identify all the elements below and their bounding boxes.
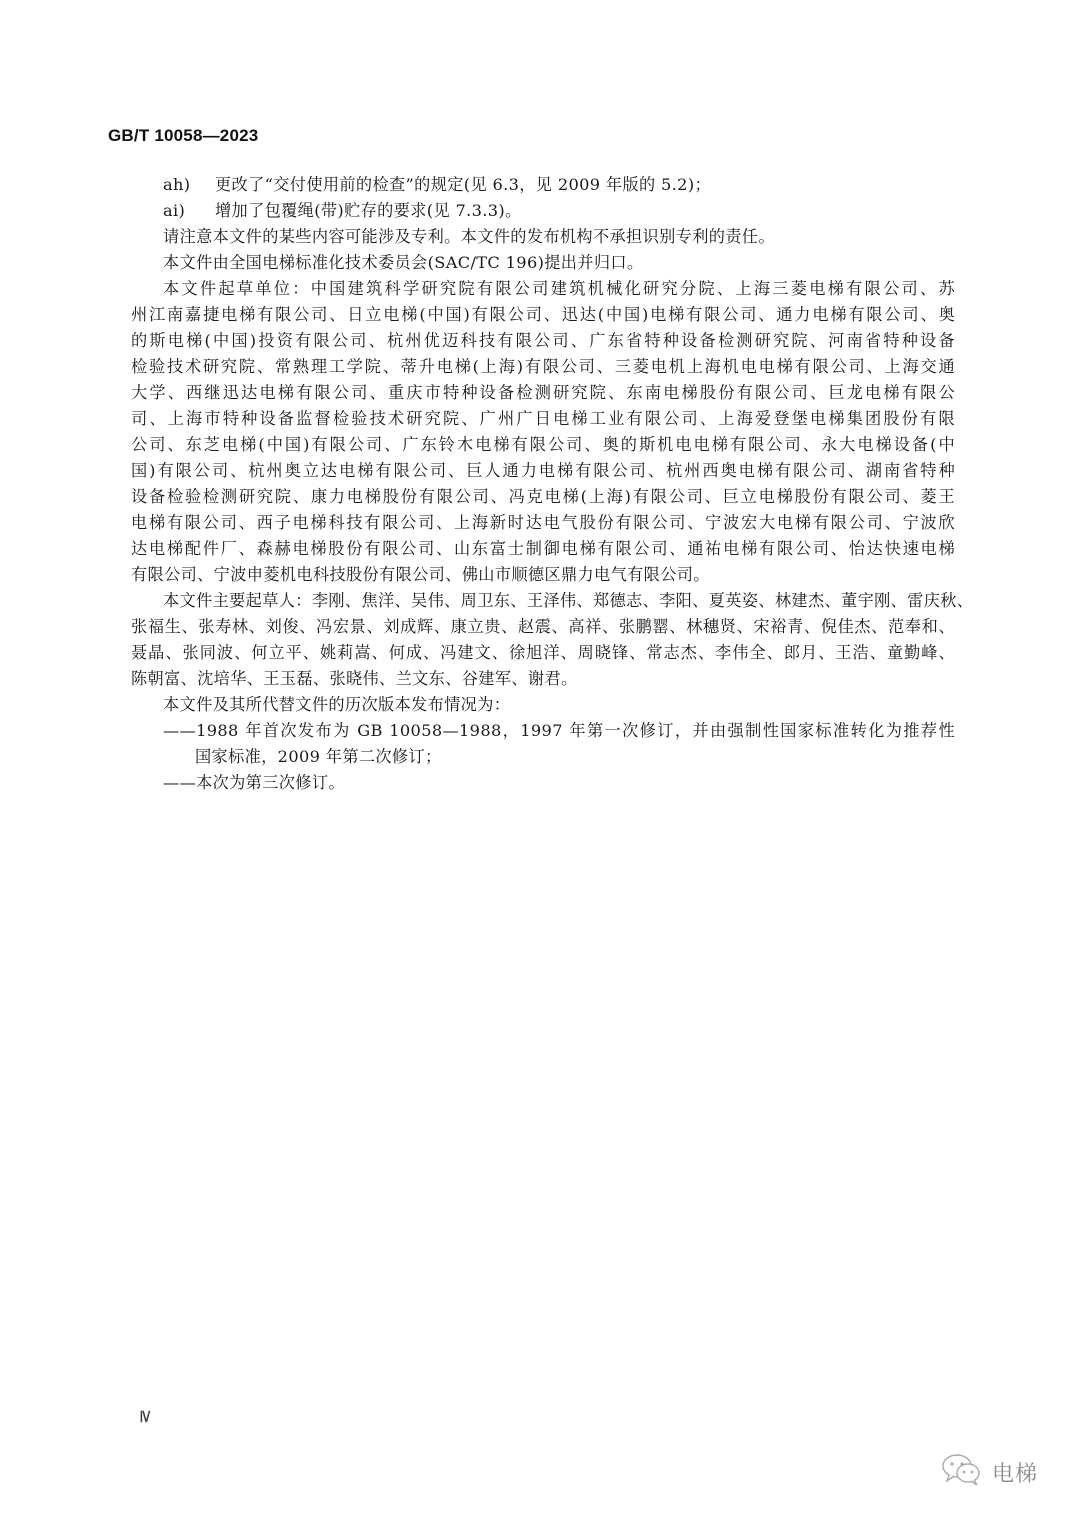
text-line: 的斯电梯(中国)投资有限公司、杭州优迈科技有限公司、广东省特种设备检测研究院、河… xyxy=(131,328,955,354)
text-line: 陈朝富、沈培华、王玉磊、张晓伟、兰文东、谷建军、谢君。 xyxy=(131,666,955,692)
drafters-paragraph: 本文件主要起草人：李刚、焦洋、吴伟、周卫东、王泽伟、郑德志、李阳、夏英姿、林建杰… xyxy=(131,588,955,692)
page-number: Ⅳ xyxy=(140,1408,150,1427)
proposer-statement: 本文件由全国电梯标准化技术委员会(SAC/TC 196)提出并归口。 xyxy=(131,250,955,276)
list-marker: ai) xyxy=(131,198,201,224)
text-line: 电梯有限公司、西子电梯科技有限公司、上海新时达电气股份有限公司、宁波宏大电梯有限… xyxy=(131,510,955,536)
text-line: 国家标准，2009 年第二次修订； xyxy=(131,744,955,770)
change-item-ai: ai) 增加了包覆绳(带)贮存的要求(见 7.3.3)。 xyxy=(131,198,955,224)
document-id: GB/T 10058—2023 xyxy=(108,126,258,146)
text-line: 设备检验检测研究院、康力电梯股份有限公司、冯克电梯(上海)有限公司、巨立电梯股份… xyxy=(131,484,955,510)
text-line: 达电梯配件厂、森赫电梯股份有限公司、山东富士制御电梯有限公司、通祐电梯有限公司、… xyxy=(131,536,955,562)
text-line: 大学、西继迅达电梯有限公司、重庆市特种设备检测研究院、东南电梯股份有限公司、巨龙… xyxy=(131,380,955,406)
drafting-units-paragraph: 本文件起草单位：中国建筑科学研究院有限公司建筑机械化研究分院、上海三菱电梯有限公… xyxy=(131,276,955,588)
text-line: 本文件起草单位：中国建筑科学研究院有限公司建筑机械化研究分院、上海三菱电梯有限公… xyxy=(131,276,955,302)
history-item-1: ——1988 年首次发布为 GB 10058—1988，1997 年第一次修订，… xyxy=(131,718,955,770)
text-line: 本文件主要起草人：李刚、焦洋、吴伟、周卫东、王泽伟、郑德志、李阳、夏英姿、林建杰… xyxy=(131,588,955,614)
watermark: 电梯 xyxy=(940,1453,1038,1491)
text-line: 检验技术研究院、常熟理工学院、蒂升电梯(上海)有限公司、三菱电机上海机电电梯有限… xyxy=(131,354,955,380)
history-intro: 本文件及其所代替文件的历次版本发布情况为： xyxy=(131,692,955,718)
wechat-icon xyxy=(940,1453,984,1491)
text-line: 张福生、张寿林、刘俊、冯宏景、刘成辉、康立贵、赵震、高祥、张鹏罂、林穗贤、宋裕青… xyxy=(131,614,955,640)
list-text: 增加了包覆绳(带)贮存的要求(见 7.3.3)。 xyxy=(201,198,522,224)
text-line: 国)有限公司、杭州奥立达电梯有限公司、巨人通力电梯有限公司、杭州西奥电梯有限公司… xyxy=(131,458,955,484)
text-line: 有限公司、宁波申菱机电科技股份有限公司、佛山市顺德区鼎力电气有限公司。 xyxy=(131,562,955,588)
history-item-2: ——本次为第三次修订。 xyxy=(131,770,955,796)
list-text: 更改了“交付使用前的检查”的规定(见 6.3，见 2009 年版的 5.2)； xyxy=(201,172,711,198)
text-line: ——1988 年首次发布为 GB 10058—1988，1997 年第一次修订，… xyxy=(131,718,955,744)
patent-notice: 请注意本文件的某些内容可能涉及专利。本文件的发布机构不承担识别专利的责任。 xyxy=(131,224,955,250)
list-marker: ah) xyxy=(131,172,201,198)
text-line: 公司、东芝电梯(中国)有限公司、广东铃木电梯有限公司、奥的斯机电电梯有限公司、永… xyxy=(131,432,955,458)
text-line: 州江南嘉捷电梯有限公司、日立电梯(中国)有限公司、迅达(中国)电梯有限公司、通力… xyxy=(131,302,955,328)
text-line: 聂晶、张同波、何立平、姚莉嵩、何成、冯建文、徐旭洋、周晓锋、常志杰、李伟全、郎月… xyxy=(131,640,955,666)
change-item-ah: ah) 更改了“交付使用前的检查”的规定(见 6.3，见 2009 年版的 5.… xyxy=(131,172,955,198)
text-line: 司、上海市特种设备监督检验技术研究院、广州广日电梯工业有限公司、上海爱登堡电梯集… xyxy=(131,406,955,432)
watermark-text: 电梯 xyxy=(992,1457,1038,1488)
document-body: ah) 更改了“交付使用前的检查”的规定(见 6.3，见 2009 年版的 5.… xyxy=(131,172,955,796)
